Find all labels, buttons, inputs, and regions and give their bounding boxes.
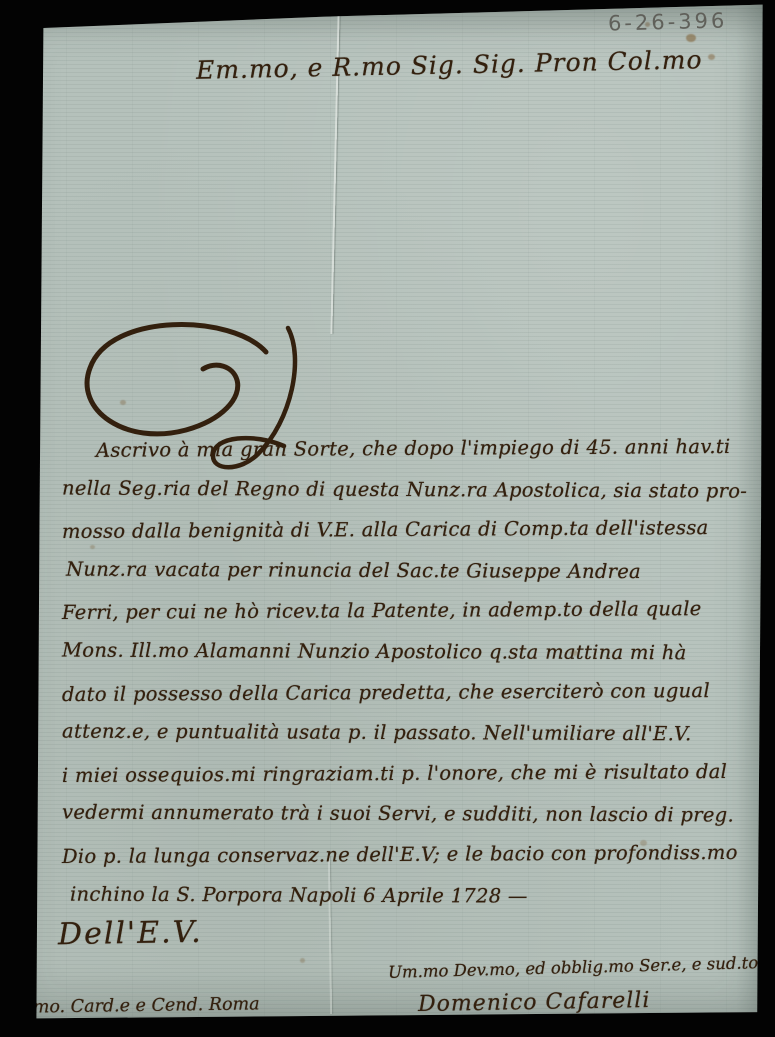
photo-of-manuscript: { "annotations": { "reference_number": "… [0, 0, 775, 1037]
body-line: Ferri, per cui ne hò ricev.ta la Patente… [62, 597, 724, 642]
body-line: nella Seg.ria del Regno di questa Nunz.r… [62, 476, 724, 519]
fox-spot [686, 34, 696, 42]
body-line: i miei ossequios.mi ringraziam.ti p. l'o… [62, 760, 724, 805]
address-docket: Emo. Card.e e Cend. Roma [20, 994, 260, 1017]
body-line: dato il possesso della Carica predetta, … [62, 679, 724, 724]
archive-reference-number: 6-26-396 [608, 8, 728, 35]
manuscript-paper: 6-26-396 Em.mo, e R.mo Sig. Sig. Pron Co… [0, 0, 775, 1037]
body-line: Mons. Ill.mo Alamanni Nunzio Apostolico … [62, 639, 724, 682]
fox-spot [708, 54, 715, 60]
letter-valediction: Um.mo Dev.mo, ed obblig.mo Ser.e, e sud.… [388, 953, 759, 982]
letter-closing: Dell'E.V. [58, 915, 203, 953]
body-line: Nunz.ra vacata per rinuncia del Sac.te G… [62, 557, 724, 600]
letter-salutation: Em.mo, e R.mo Sig. Sig. Pron Col.mo [196, 48, 557, 85]
signature-underline-flourish [430, 1022, 680, 1030]
letter-body: Ascrivo à mia gran Sorte, che dopo l'imp… [62, 437, 724, 924]
body-line: attenz.e, e puntualità usata p. il passa… [62, 720, 724, 763]
body-line: mosso dalla benignità di V.E. alla Caric… [62, 516, 724, 561]
fox-spot [300, 958, 305, 963]
body-line: Dio p. la lunga conservaz.ne dell'E.V; e… [62, 841, 724, 886]
body-line: vedermi annumerato trà i suoi Servi, e s… [62, 801, 724, 844]
body-line: Ascrivo à mia gran Sorte, che dopo l'imp… [62, 435, 724, 480]
letter-signature: Domenico Cafarelli [418, 988, 651, 1017]
